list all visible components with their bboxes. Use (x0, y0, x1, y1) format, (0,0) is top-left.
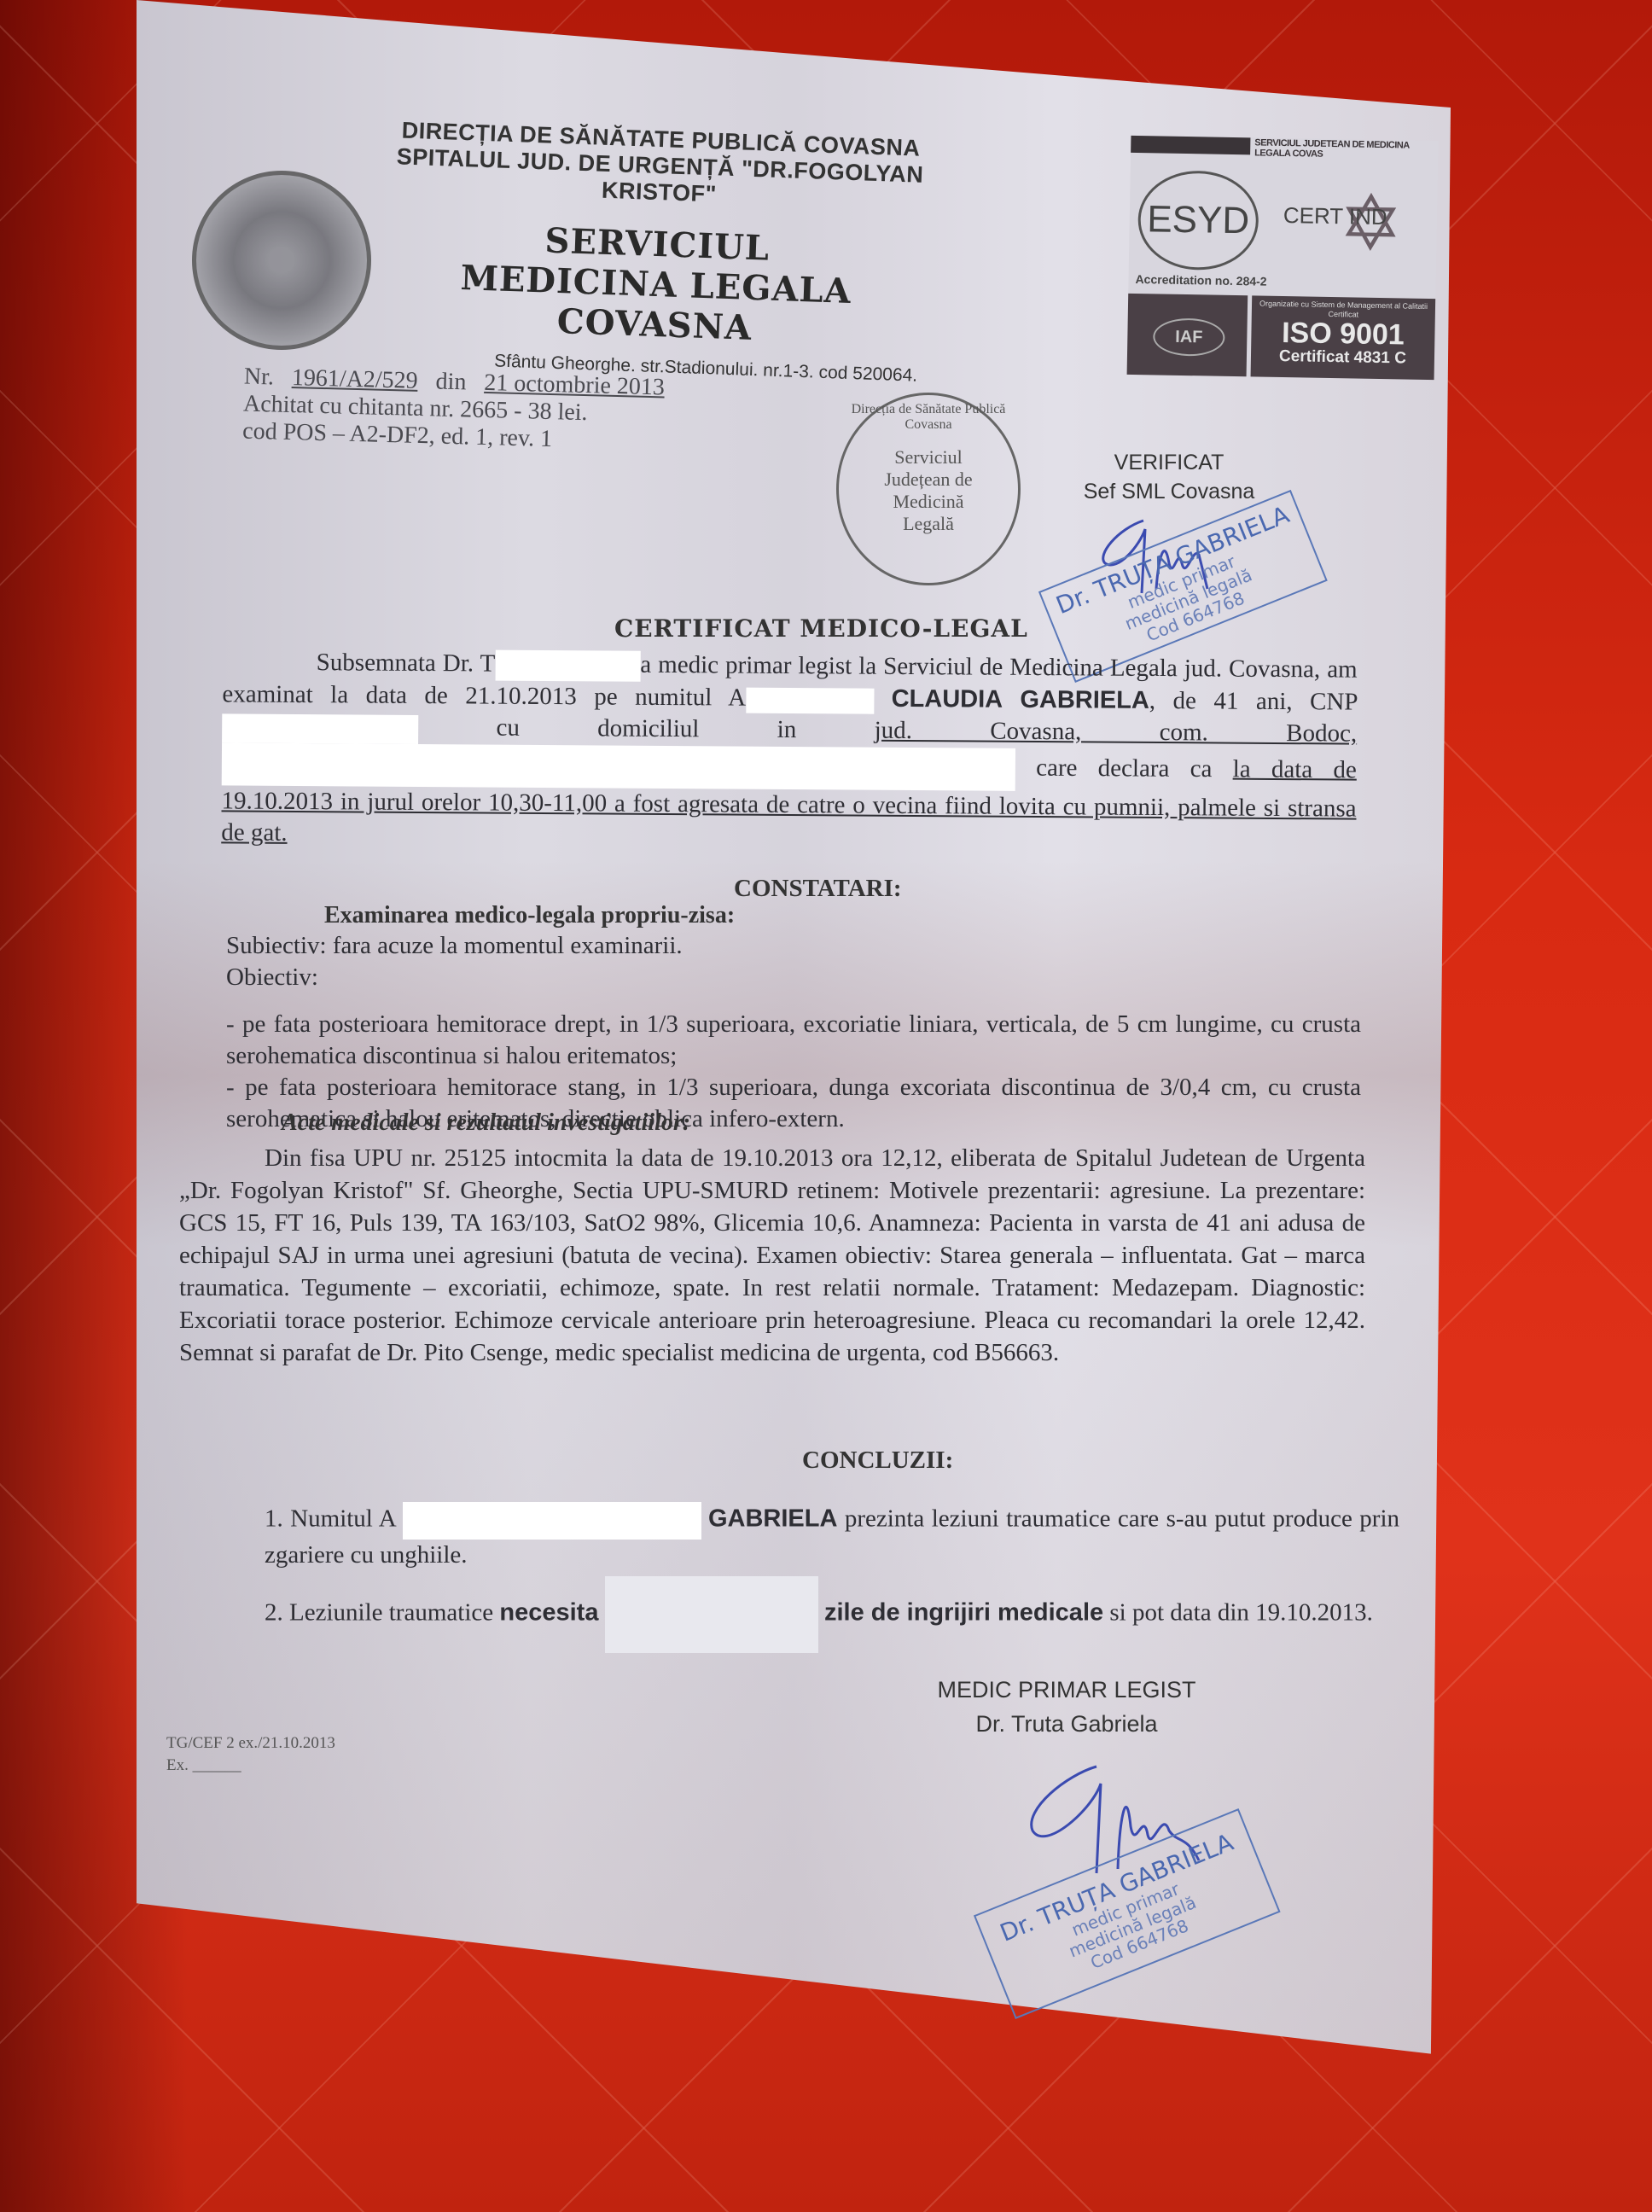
signature-block: MEDIC PRIMAR LEGIST Dr. Truta Gabriela (887, 1673, 1246, 1741)
footer-codes: TG/CEF 2 ex./21.10.2013 Ex. ______ (166, 1732, 335, 1777)
findings-section: Subiectiv: fara acuze la momentul examin… (226, 930, 1361, 1135)
institution-seal-logo (192, 171, 371, 350)
nr-label: Nr. (244, 364, 275, 391)
conclusions-heading: CONCLUZII: (802, 1447, 953, 1475)
stamp-line-2: Județean de (839, 469, 1018, 491)
redacted-patient-name (403, 1502, 701, 1540)
iso-standard: ISO 9001 (1251, 317, 1435, 350)
objective-item: - pe fata posterioara hemitorace drept, … (226, 1009, 1361, 1072)
stamp-rim-text: Direcția de Sănătate Publică Covasna (839, 402, 1018, 433)
esyd-logo-icon: ESYD (1137, 170, 1259, 271)
conclusion-2: 2. Leziunile traumatice necesita zile de… (179, 1576, 1399, 1653)
document-title: CERTIFICAT MEDICO-LEGAL (614, 614, 1028, 643)
conclusions-block: 1. Numitul A GABRIELA prezinta leziuni t… (179, 1502, 1399, 1653)
footer-code-line-2: Ex. ______ (166, 1755, 335, 1777)
certification-banner: SERVICIUL JUDETEAN DE MEDICINA LEGALA CO… (1254, 137, 1438, 161)
exam-heading: Examinarea medico-legala propriu-zisa: (324, 902, 735, 929)
intro-paragraph: Subsemnata Dr. Ta medic primar legist la… (221, 646, 1358, 856)
redacted-cnp (222, 713, 418, 744)
stamp-line-1: Serviciul (839, 446, 1018, 469)
acts-text: Din fisa UPU nr. 25125 intocmita la data… (179, 1142, 1365, 1369)
stamp-line-3: Medicină (839, 491, 1018, 513)
signer-name: Dr. Truta Gabriela (887, 1707, 1246, 1741)
certification-panel: SERVICIUL JUDETEAN DE MEDICINA LEGALA CO… (1127, 136, 1439, 380)
iaf-panel: IAF (1127, 294, 1248, 376)
verified-label: VERIFICAT (1041, 448, 1297, 477)
signer-role: MEDIC PRIMAR LEGIST (887, 1673, 1246, 1707)
iso-certificate-number: Certificat 4831 C (1251, 346, 1434, 369)
objective-label: Obiectiv: (226, 962, 1361, 993)
subjective-text: Subiectiv: fara acuze la momentul examin… (226, 930, 1361, 962)
findings-heading: CONSTATARI: (734, 875, 902, 903)
conclusion-1: 1. Numitul A GABRIELA prezinta leziuni t… (179, 1502, 1399, 1571)
certificate-document: DIRECȚIA DE SĂNĂTATE PUBLICĂ COVASNA SPI… (137, 0, 1451, 2151)
header-block: DIRECȚIA DE SĂNĂTATE PUBLICĂ COVASNA SPI… (388, 117, 926, 386)
certind-logo: CERT IND (1283, 202, 1387, 230)
footer-code-line-1: TG/CEF 2 ex./21.10.2013 (166, 1732, 335, 1755)
redacted-doctor-name (495, 650, 640, 682)
iso-panel: Organizatie cu Sistem de Management al C… (1251, 295, 1436, 380)
iaf-logo-icon: IAF (1153, 317, 1225, 356)
redacted-days-count (605, 1576, 818, 1653)
din-label: din (435, 368, 467, 395)
redacted-patient-surname (746, 687, 874, 713)
reference-date: 21 octombrie 2013 (484, 370, 665, 401)
reference-block: Nr. 1961/A2/529 din 21 octombrie 2013 Ac… (242, 364, 665, 457)
verification-block: VERIFICAT Sef SML Covasna (1041, 448, 1297, 506)
redacted-address (222, 742, 1015, 790)
stamp-line-4: Legală (839, 513, 1018, 535)
accreditation-number: Accreditation no. 284-2 (1135, 272, 1266, 288)
acts-heading: Acte medicale si rezultatul investigatii… (282, 1109, 690, 1137)
round-institution-stamp: Direcția de Sănătate Publică Covasna Ser… (836, 393, 1021, 585)
certification-banner-bar (1131, 136, 1250, 154)
nr-value: 1961/A2/529 (292, 364, 419, 394)
